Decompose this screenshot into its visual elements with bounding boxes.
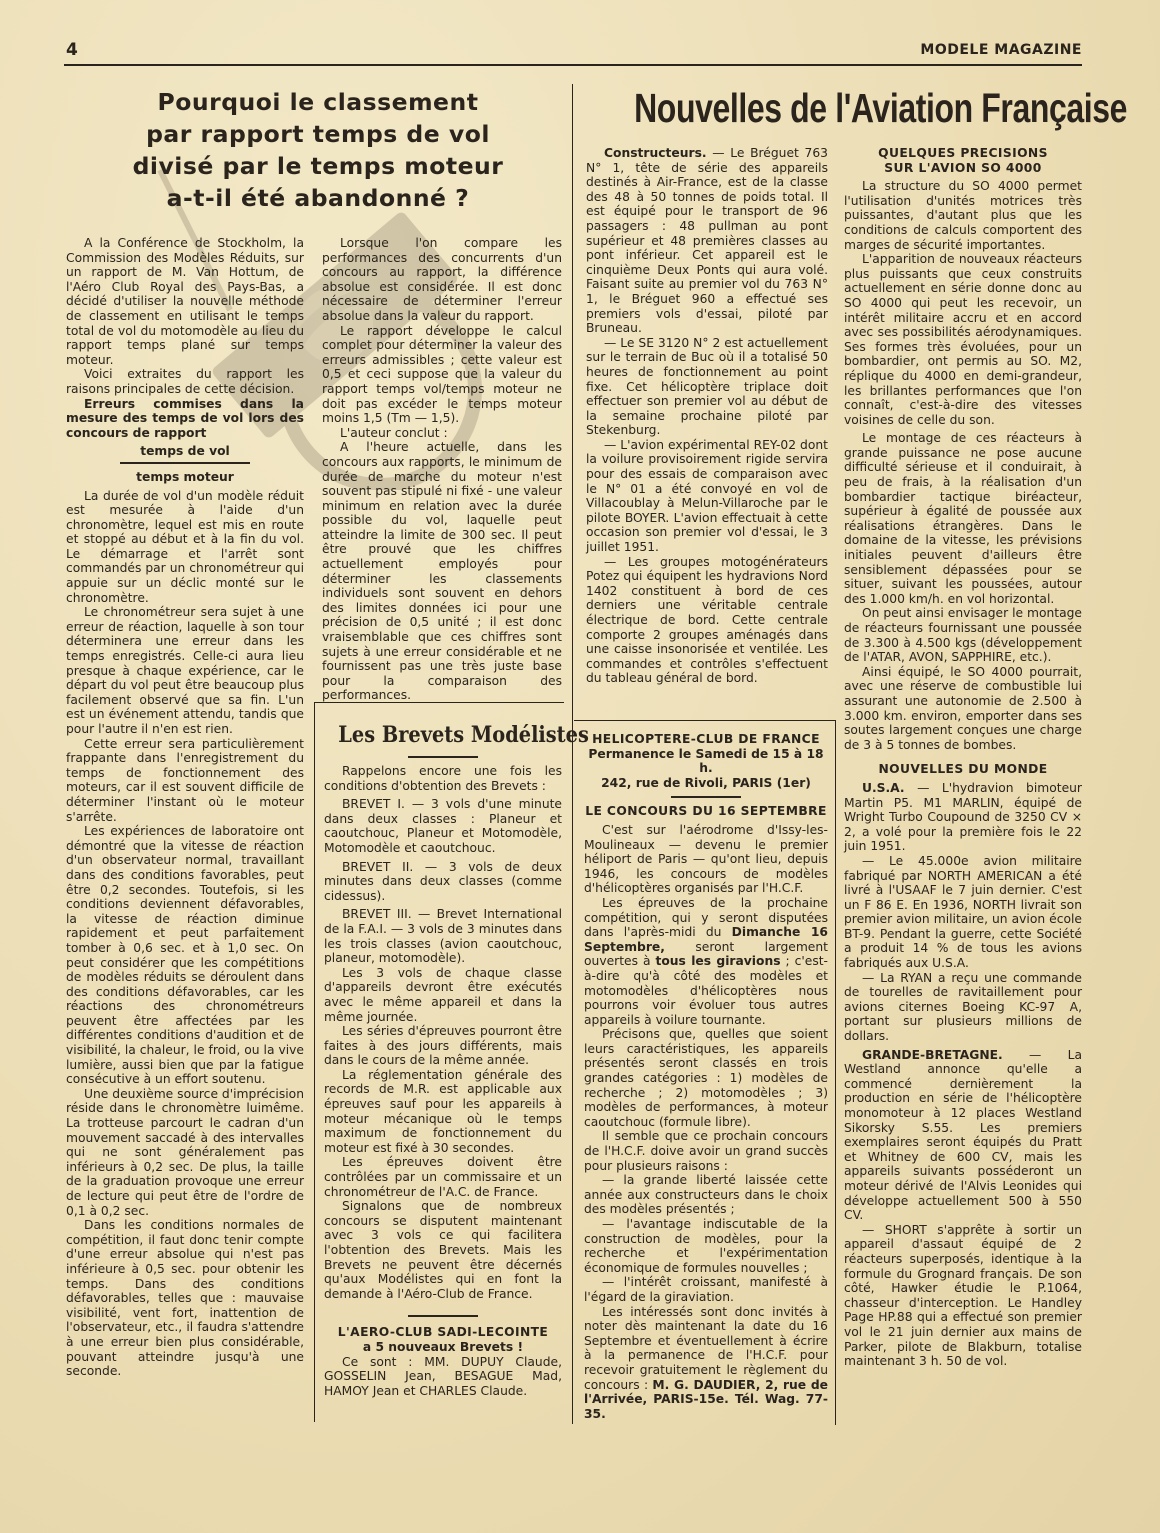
paragraph: — Le 45.000e avion militaire fabriqué pa…: [844, 854, 1082, 971]
paragraph: C'est sur l'aérodrome d'Issy-les-Mouline…: [584, 823, 828, 896]
ratio-fraction: temps de vol temps moteur: [66, 444, 304, 484]
divider: [408, 1315, 478, 1317]
paragraph: BREVET II. — 3 vols de deux minutes dans…: [324, 860, 562, 904]
paragraph: Dans les conditions normales de compétit…: [66, 1218, 304, 1379]
brevets-title: Les Brevets Modélistes: [338, 720, 547, 750]
paragraph: La structure du SO 4000 permet l'utilisa…: [844, 179, 1082, 252]
paragraph: — L'avion expérimental REY-02 dont la vo…: [586, 438, 828, 555]
brevets-box: Les Brevets Modélistes Rappelons encore …: [324, 706, 562, 1398]
paragraph: On peut ainsi envisager le montage de ré…: [844, 606, 1082, 664]
paragraph: Le chronométreur sera sujet à une erreur…: [66, 605, 304, 736]
helico-heading: HELICOPTERE-CLUB DE FRANCE: [584, 732, 828, 747]
paragraph: GRANDE-BRETAGNE. — La Westland annonce q…: [844, 1048, 1082, 1223]
paragraph: Les séries d'épreuves pourront être fait…: [324, 1024, 562, 1068]
paragraph: Ce sont : MM. DUPUY Claude, GOSSELIN Jea…: [324, 1355, 562, 1399]
paragraph: BREVET I. — 3 vols d'une minute dans deu…: [324, 797, 562, 855]
aviation-column-3: Constructeurs. — Le Bréguet 763 N° 1, tê…: [586, 146, 828, 686]
helicoptere-club-box: HELICOPTERE-CLUB DE FRANCE Permanence le…: [584, 732, 828, 1421]
paragraph: La réglementation générale des records d…: [324, 1068, 562, 1156]
paragraph: Lorsque l'on compare les performances de…: [322, 236, 562, 324]
paragraph: — Les groupes motogénérateurs Potez qui …: [586, 555, 828, 686]
article-column-1: A la Conférence de Stockholm, la Commiss…: [66, 236, 304, 1379]
paragraph: Les épreuves de la prochaine compétition…: [584, 896, 828, 1027]
emphasis-text: tous les giravions: [655, 954, 780, 968]
section-subhead: Erreurs commises dans la mesure des temp…: [66, 397, 304, 441]
paragraph: Précisons que, quelles que soient leurs …: [584, 1027, 828, 1129]
divider: [835, 720, 836, 1425]
club-subheading: a 5 nouveaux Brevets !: [324, 1340, 562, 1355]
paragraph: Les 3 vols de chaque classe d'appareils …: [324, 966, 562, 1024]
fraction-numerator: temps de vol: [120, 444, 250, 464]
headline-line: Pourquoi le classement: [78, 86, 558, 118]
aviation-section-title: Nouvelles de l'Aviation Française: [634, 82, 1032, 134]
paragraph: Il semble que ce prochain concours de l'…: [584, 1129, 828, 1173]
paragraph: Une deuxième source d'imprécision réside…: [66, 1087, 304, 1218]
paragraph: U.S.A. — L'hydravion bimoteur Martin P5.…: [844, 781, 1082, 854]
club-heading: L'AERO-CLUB SADI-LECOINTE: [324, 1325, 562, 1340]
lead-label: Constructeurs.: [604, 146, 707, 160]
divider: [314, 702, 315, 1422]
paragraph: Cette erreur sera particulièrement frapp…: [66, 737, 304, 825]
aviation-column-4: QUELQUES PRECISIONS SUR L'AVION SO 4000 …: [844, 146, 1082, 1369]
column-divider: [572, 84, 573, 1424]
paragraph-text: — La Westland annonce qu'elle a commencé…: [844, 1048, 1082, 1223]
paragraph: — SHORT s'apprête à sortir un appareil d…: [844, 1223, 1082, 1369]
so4000-heading: QUELQUES PRECISIONS SUR L'AVION SO 4000: [844, 146, 1082, 175]
article-column-2: Lorsque l'on compare les performances de…: [322, 236, 562, 703]
paragraph-text: — Le Bréguet 763 N° 1, tête de série des…: [586, 146, 828, 335]
paragraph: L'auteur conclut :: [322, 426, 562, 441]
paragraph: — l'intérêt croissant, manifesté à l'éga…: [584, 1275, 828, 1304]
paragraph: Le montage de ces réacteurs à grande pui…: [844, 431, 1082, 606]
paragraph: — l'avantage indiscutable de la construc…: [584, 1217, 828, 1275]
helico-address: 242, rue de Rivoli, PARIS (1er): [584, 776, 828, 791]
divider: [408, 756, 478, 758]
country-label: GRANDE-BRETAGNE.: [862, 1048, 1003, 1062]
paragraph: BREVET III. — Brevet International de la…: [324, 907, 562, 965]
page-number: 4: [66, 40, 78, 60]
paragraph: Le rapport développe le calcul complet p…: [322, 324, 562, 426]
concours-heading: LE CONCOURS DU 16 SEPTEMBRE: [584, 804, 828, 819]
monde-heading: NOUVELLES DU MONDE: [844, 762, 1082, 777]
headline-line: par rapport temps de vol: [78, 118, 558, 150]
paragraph: Voici extraites du rapport les raisons p…: [66, 367, 304, 396]
paragraph: — La RYAN a reçu une commande de tourell…: [844, 971, 1082, 1044]
paragraph: Les épreuves doivent être contrôlées par…: [324, 1155, 562, 1199]
paragraph: A l'heure actuelle, dans les concours au…: [322, 440, 562, 703]
paragraph: — Le SE 3120 N° 2 est actuellement sur l…: [586, 336, 828, 438]
paragraph: — la grande liberté laissée cette année …: [584, 1173, 828, 1217]
paragraph: Ainsi équipé, le SO 4000 pourrait, avec …: [844, 665, 1082, 753]
paragraph: L'apparition de nouveaux réacteurs plus …: [844, 252, 1082, 427]
fraction-denominator: temps moteur: [66, 464, 304, 485]
divider: [574, 720, 836, 721]
divider: [671, 796, 741, 798]
helico-hours: Permanence le Samedi de 15 à 18 h.: [584, 747, 828, 776]
country-label: U.S.A.: [862, 781, 905, 795]
paragraph: La durée de vol d'un modèle réduit est m…: [66, 489, 304, 606]
divider: [314, 702, 564, 703]
paragraph: Rappelons encore une fois les conditions…: [324, 764, 562, 793]
paragraph: Les expériences de laboratoire ont démon…: [66, 824, 304, 1087]
headline-line: divisé par le temps moteur: [78, 150, 558, 182]
magazine-title: MODELE MAGAZINE: [920, 42, 1082, 58]
article-headline: Pourquoi le classement par rapport temps…: [78, 86, 558, 214]
paragraph: Signalons que de nombreux concours se di…: [324, 1199, 562, 1301]
headline-line: a-t-il été abandonné ?: [78, 182, 558, 214]
paragraph: A la Conférence de Stockholm, la Commiss…: [66, 236, 304, 367]
paragraph: Constructeurs. — Le Bréguet 763 N° 1, tê…: [586, 146, 828, 336]
paragraph: Les intéressés sont donc invités à noter…: [584, 1305, 828, 1422]
page-header: 4 MODELE MAGAZINE: [64, 40, 1082, 66]
